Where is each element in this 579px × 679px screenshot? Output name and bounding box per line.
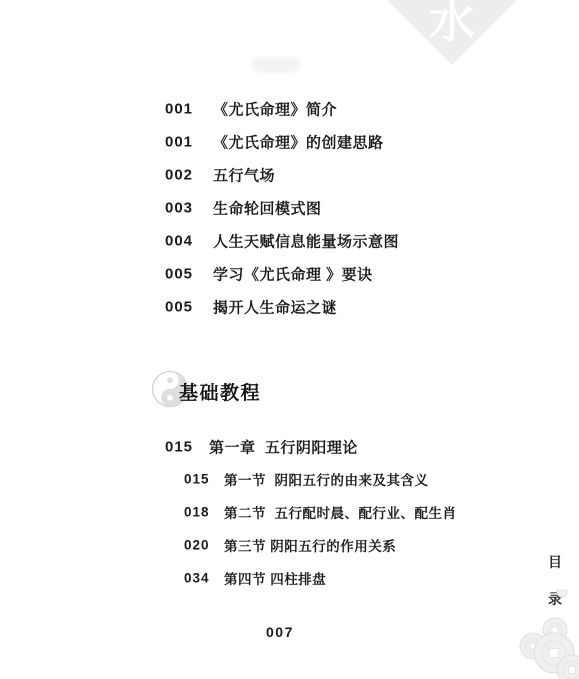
subsection-title: 第四节 四柱排盘 [224,568,326,588]
section-title: 基础教程 [179,378,261,405]
chapter-page-number: 015 [165,438,193,455]
entry-page-number: 004 [165,232,193,249]
toc-entry: 005 学习《尤氏命理 》要诀 [0,257,579,290]
subsection-page-number: 034 [184,570,210,585]
toc-entry: 005 揭开人生命运之谜 [0,290,579,323]
subsection-entry: 015 第一节 阴阳五行的由来及其含义 [0,462,579,495]
chapter-title: 第一章 五行阴阳理论 [209,436,358,457]
entry-page-number: 003 [165,199,193,216]
toc-entry: 003 生命轮回模式图 [0,191,579,224]
folio-page-number: 007 [266,624,294,640]
entry-title: 《尤氏命理》简介 [213,98,337,119]
front-matter-list: 001 《尤氏命理》简介 001 《尤氏命理》的创建思路 002 五行气场 00… [0,92,579,323]
chapter-entry: 015 第一章 五行阴阳理论 [0,430,579,463]
entry-title: 《尤氏命理》的创建思路 [213,131,384,152]
subsection-title: 第三节 阴阳五行的作用关系 [224,535,396,555]
subsection-title: 第一节 阴阳五行的由来及其含义 [224,469,429,489]
section-header: 基础教程 [0,368,400,412]
entry-page-number: 005 [165,298,193,315]
entry-title: 人生天赋信息能量场示意图 [213,230,399,251]
entry-title: 揭开人生命运之谜 [213,296,337,317]
subsection-page-number: 015 [184,471,210,486]
subsection-title: 第二节 五行配时晨、配行业、配生肖 [224,502,457,522]
entry-page-number: 001 [165,133,193,150]
toc-page: 水 001 《尤氏命理》简介 001 《尤氏命理》的创建思路 002 五行气场 … [0,0,579,679]
entry-title: 生命轮回模式图 [213,197,322,218]
toc-entry: 002 五行气场 [0,158,579,191]
subsection-page-number: 020 [184,537,210,552]
toc-entry: 001 《尤氏命理》简介 [0,92,579,125]
subsection-list: 015 第一节 阴阳五行的由来及其含义 018 第二节 五行配时晨、配行业、配生… [0,462,579,594]
coins-watermark-icon [489,589,579,679]
water-character-watermark: 水 [425,0,479,50]
faint-smudge-watermark [252,57,300,73]
toc-entry: 001 《尤氏命理》的创建思路 [0,125,579,158]
subsection-page-number: 018 [184,504,210,519]
subsection-entry: 018 第二节 五行配时晨、配行业、配生肖 [0,495,579,528]
entry-page-number: 001 [165,100,193,117]
entry-page-number: 002 [165,166,193,183]
subsection-entry: 020 第三节 阴阳五行的作用关系 [0,528,579,561]
toc-entry: 004 人生天赋信息能量场示意图 [0,224,579,257]
entry-title: 学习《尤氏命理 》要诀 [213,263,373,284]
side-label-char: 目 [548,552,562,572]
entry-page-number: 005 [165,265,193,282]
entry-title: 五行气场 [213,164,275,185]
